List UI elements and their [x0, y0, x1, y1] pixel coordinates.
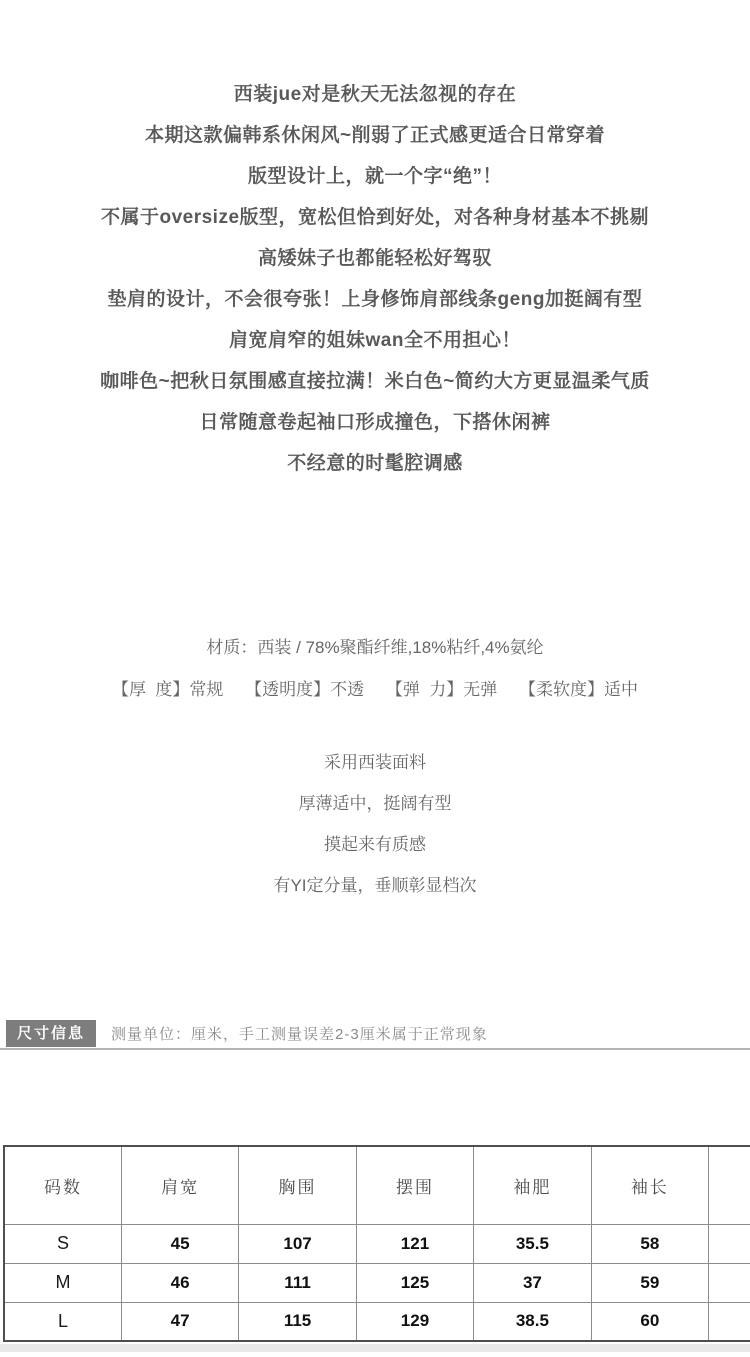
table-cell: 45 [121, 1224, 238, 1263]
table-cell: 125 [356, 1263, 473, 1302]
table-header-row: 码数 肩宽 胸围 摆围 袖肥 袖长 [4, 1146, 750, 1224]
table-cell-cutoff [709, 1302, 750, 1341]
header-bust: 胸围 [239, 1146, 356, 1224]
table-cell: 107 [239, 1224, 356, 1263]
intro-line: 版型设计上，就一个字“绝”！ [0, 156, 750, 197]
table-cell: 37 [474, 1263, 591, 1302]
size-table-container: 码数 肩宽 胸围 摆围 袖肥 袖长 S 45 107 121 35.5 58 M [0, 1145, 750, 1342]
intro-line: 咖啡色~把秋日氛围感直接拉满！米白色~简约大方更显温柔气质 [0, 361, 750, 402]
intro-line: 高矮妹子也都能轻松好驾驭 [0, 238, 750, 279]
intro-line: 肩宽肩窄的姐妹wan全不用担心！ [0, 320, 750, 361]
intro-line: 不经意的时髦腔调感 [0, 443, 750, 484]
header-shoulder: 肩宽 [121, 1146, 238, 1224]
fabric-line: 采用西装面料 [0, 742, 750, 783]
table-cell: 111 [239, 1263, 356, 1302]
material-properties: 【厚 度】常规 【透明度】不透 【弹 力】无弹 【柔软度】适中 [0, 669, 750, 711]
table-row: L 47 115 129 38.5 60 [4, 1302, 750, 1341]
intro-line: 西装jue对是秋天无法忽视的存在 [0, 74, 750, 115]
table-cell: 59 [591, 1263, 708, 1302]
fabric-line: 摸起来有质感 [0, 824, 750, 865]
next-section-edge [0, 1344, 750, 1352]
table-cell-cutoff [709, 1263, 750, 1302]
table-row: M 46 111 125 37 59 [4, 1263, 750, 1302]
intro-line: 本期这款偏韩系休闲风~削弱了正式感更适合日常穿着 [0, 115, 750, 156]
fabric-line: 厚薄适中，挺阔有型 [0, 783, 750, 824]
table-cell: 115 [239, 1302, 356, 1341]
table-cell: 129 [356, 1302, 473, 1341]
table-cell: 60 [591, 1302, 708, 1341]
size-table: 码数 肩宽 胸围 摆围 袖肥 袖长 S 45 107 121 35.5 58 M [3, 1145, 750, 1342]
table-cell: 46 [121, 1263, 238, 1302]
header-hem: 摆围 [356, 1146, 473, 1224]
header-cutoff [709, 1146, 750, 1224]
section-divider [0, 1048, 750, 1050]
table-cell: 47 [121, 1302, 238, 1341]
table-cell: 35.5 [474, 1224, 591, 1263]
table-cell: 121 [356, 1224, 473, 1263]
table-cell-size: M [4, 1263, 121, 1302]
fabric-section: 采用西装面料 厚薄适中，挺阔有型 摸起来有质感 有YI定分量，垂顺彰显档次 [0, 742, 750, 906]
size-info-badge: 尺寸信息 [6, 1020, 96, 1047]
intro-line: 垫肩的设计，不会很夸张！上身修饰肩部线条geng加挺阔有型 [0, 279, 750, 320]
table-cell: 38.5 [474, 1302, 591, 1341]
material-section: 材质：西装 / 78%聚酯纤维,18%粘纤,4%氨纶 【厚 度】常规 【透明度】… [0, 627, 750, 711]
table-cell-size: L [4, 1302, 121, 1341]
header-sleeve-length: 袖长 [591, 1146, 708, 1224]
header-size: 码数 [4, 1146, 121, 1224]
table-row: S 45 107 121 35.5 58 [4, 1224, 750, 1263]
size-measure-note: 测量单位：厘米，手工测量误差2-3厘米属于正常现象 [111, 1023, 488, 1044]
intro-line: 日常随意卷起袖口形成撞色，下搭休闲裤 [0, 402, 750, 443]
header-sleeve-width: 袖肥 [474, 1146, 591, 1224]
table-cell: 58 [591, 1224, 708, 1263]
fabric-line: 有YI定分量，垂顺彰显档次 [0, 865, 750, 906]
table-cell-size: S [4, 1224, 121, 1263]
intro-line: 不属于oversize版型，宽松但恰到好处，对各种身材基本不挑剔 [0, 197, 750, 238]
size-info-header: 尺寸信息 测量单位：厘米，手工测量误差2-3厘米属于正常现象 [0, 1020, 750, 1047]
product-intro-section: 西装jue对是秋天无法忽视的存在 本期这款偏韩系休闲风~削弱了正式感更适合日常穿… [0, 0, 750, 484]
table-cell-cutoff [709, 1224, 750, 1263]
material-composition: 材质：西装 / 78%聚酯纤维,18%粘纤,4%氨纶 [0, 627, 750, 669]
